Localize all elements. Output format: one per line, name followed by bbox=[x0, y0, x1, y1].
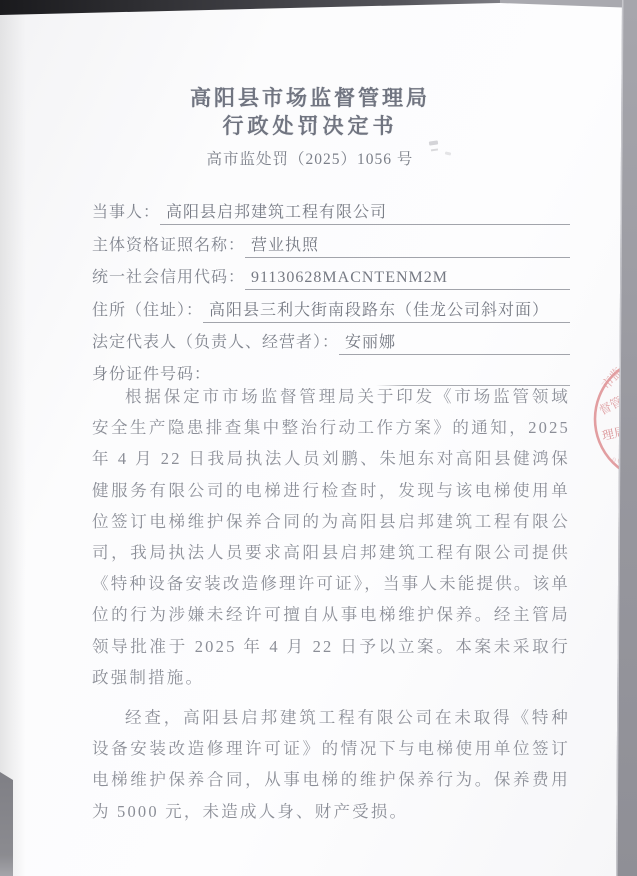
bottom-left-edge-block bbox=[0, 772, 13, 876]
scanner-edge-artifacts bbox=[0, 0, 637, 876]
top-right-edge-strip bbox=[500, 0, 637, 8]
scanned-document-page: 市监 督管 理局 0 6 高阳县市场监督管理局 行政处罚决定书 高市监处罚（20… bbox=[0, 0, 637, 876]
top-edge-strip bbox=[0, 0, 540, 15]
